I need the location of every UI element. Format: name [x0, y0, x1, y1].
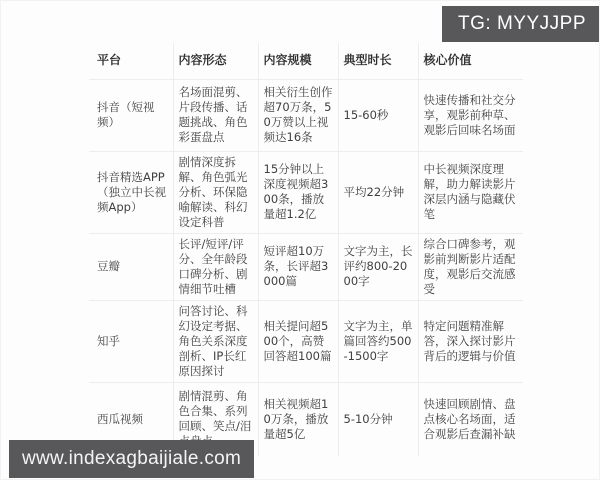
content-form-cell: 长评/短评/评分、全年龄段口碑分析、剧情细节吐槽: [173, 233, 258, 300]
platform-cell: 知乎: [89, 300, 173, 382]
content-scale-cell: 短评超10万条，长评超3000篇: [258, 233, 338, 300]
content-scale-cell: 相关提问超500个，高赞回答超100篇: [258, 300, 338, 382]
typical-duration-cell: 15-60秒: [338, 79, 418, 151]
table-row-douban: 豆瓣 长评/短评/评分、全年龄段口碑分析、剧情细节吐槽 短评超10万条，长评超3…: [89, 233, 523, 300]
table-row-douyin: 抖音（短视频） 名场面混剪、片段传播、话题挑战、角色彩蛋盘点 相关衍生创作超70…: [89, 79, 523, 151]
column-header-typical-duration: 典型时长: [338, 43, 418, 79]
typical-duration-cell: 文字为主，长评约800-2000字: [338, 233, 418, 300]
core-value-cell: 特定问题精准解答，深入探讨影片背后的逻辑与价值: [418, 300, 523, 382]
content-scale-cell: 15分钟以上深度视频超300条，播放量超1.2亿: [258, 151, 338, 233]
core-value-cell: 快速回顾剧情、盘点核心名场面，适合观影后查漏补缺: [418, 382, 523, 456]
table-row-douyin-jingxuan: 抖音精选APP（独立中长视频App） 剧情深度拆解、角色弧光分析、环保隐喻解读、…: [89, 151, 523, 233]
platform-cell: 抖音精选APP（独立中长视频App）: [89, 151, 173, 233]
platform-cell: 豆瓣: [89, 233, 173, 300]
typical-duration-cell: 文字为主，单篇回答约500-1500字: [338, 300, 418, 382]
content-scale-cell: 相关衍生创作超70万条，50万赞以上视频达16条: [258, 79, 338, 151]
table-row-zhihu: 知乎 问答讨论、科幻设定考据、角色关系深度剖析、IP长红原因探讨 相关提问超50…: [89, 300, 523, 382]
platform-name: 豆瓣: [97, 259, 120, 273]
column-header-platform: 平台: [89, 43, 173, 79]
platform-comparison-table: 平台 内容形态 内容规模 典型时长 核心价值 抖音（短视频） 名场面混剪、片段传…: [89, 43, 523, 456]
content-scale-cell: 相关视频超10万条，播放量超5亿: [258, 382, 338, 456]
content-form-cell: 剧情深度拆解、角色弧光分析、环保隐喻解读、科幻设定科普: [173, 151, 258, 233]
site-watermark: www.indexagbaijiale.com: [9, 440, 254, 478]
content-form-cell: 问答讨论、科幻设定考据、角色关系深度剖析、IP长红原因探讨: [173, 300, 258, 382]
platform-name: 知乎: [97, 334, 120, 348]
table-header-row: 平台 内容形态 内容规模 典型时长 核心价值: [89, 43, 523, 79]
platform-name: 抖音精选APP（独立中长视频App）: [97, 170, 166, 214]
screenshot-root: TG: MYYJJPP 平台 内容形态 内容规模 典型时长 核心价值 抖音（短视…: [0, 0, 600, 480]
typical-duration-cell: 平均22分钟: [338, 151, 418, 233]
core-value-cell: 综合口碑参考，观影前判断影片适配度，观影后交流感受: [418, 233, 523, 300]
platform-cell: 抖音（短视频）: [89, 79, 173, 151]
column-header-core-value: 核心价值: [418, 43, 523, 79]
column-header-content-form: 内容形态: [173, 43, 258, 79]
column-header-content-scale: 内容规模: [258, 43, 338, 79]
typical-duration-cell: 5-10分钟: [338, 382, 418, 456]
tg-contact-badge: TG: MYYJJPP: [442, 6, 599, 42]
core-value-cell: 中长视频深度理解，助力解读影片深层内涵与隐藏伏笔: [418, 151, 523, 233]
core-value-cell: 快速传播和社交分享，观影前种草、观影后回味名场面: [418, 79, 523, 151]
platform-name: 抖音（短视频）: [97, 100, 155, 129]
content-form-cell: 名场面混剪、片段传播、话题挑战、角色彩蛋盘点: [173, 79, 258, 151]
platform-name: 西瓜视频: [97, 412, 143, 426]
column-header-label: 平台: [97, 53, 121, 67]
